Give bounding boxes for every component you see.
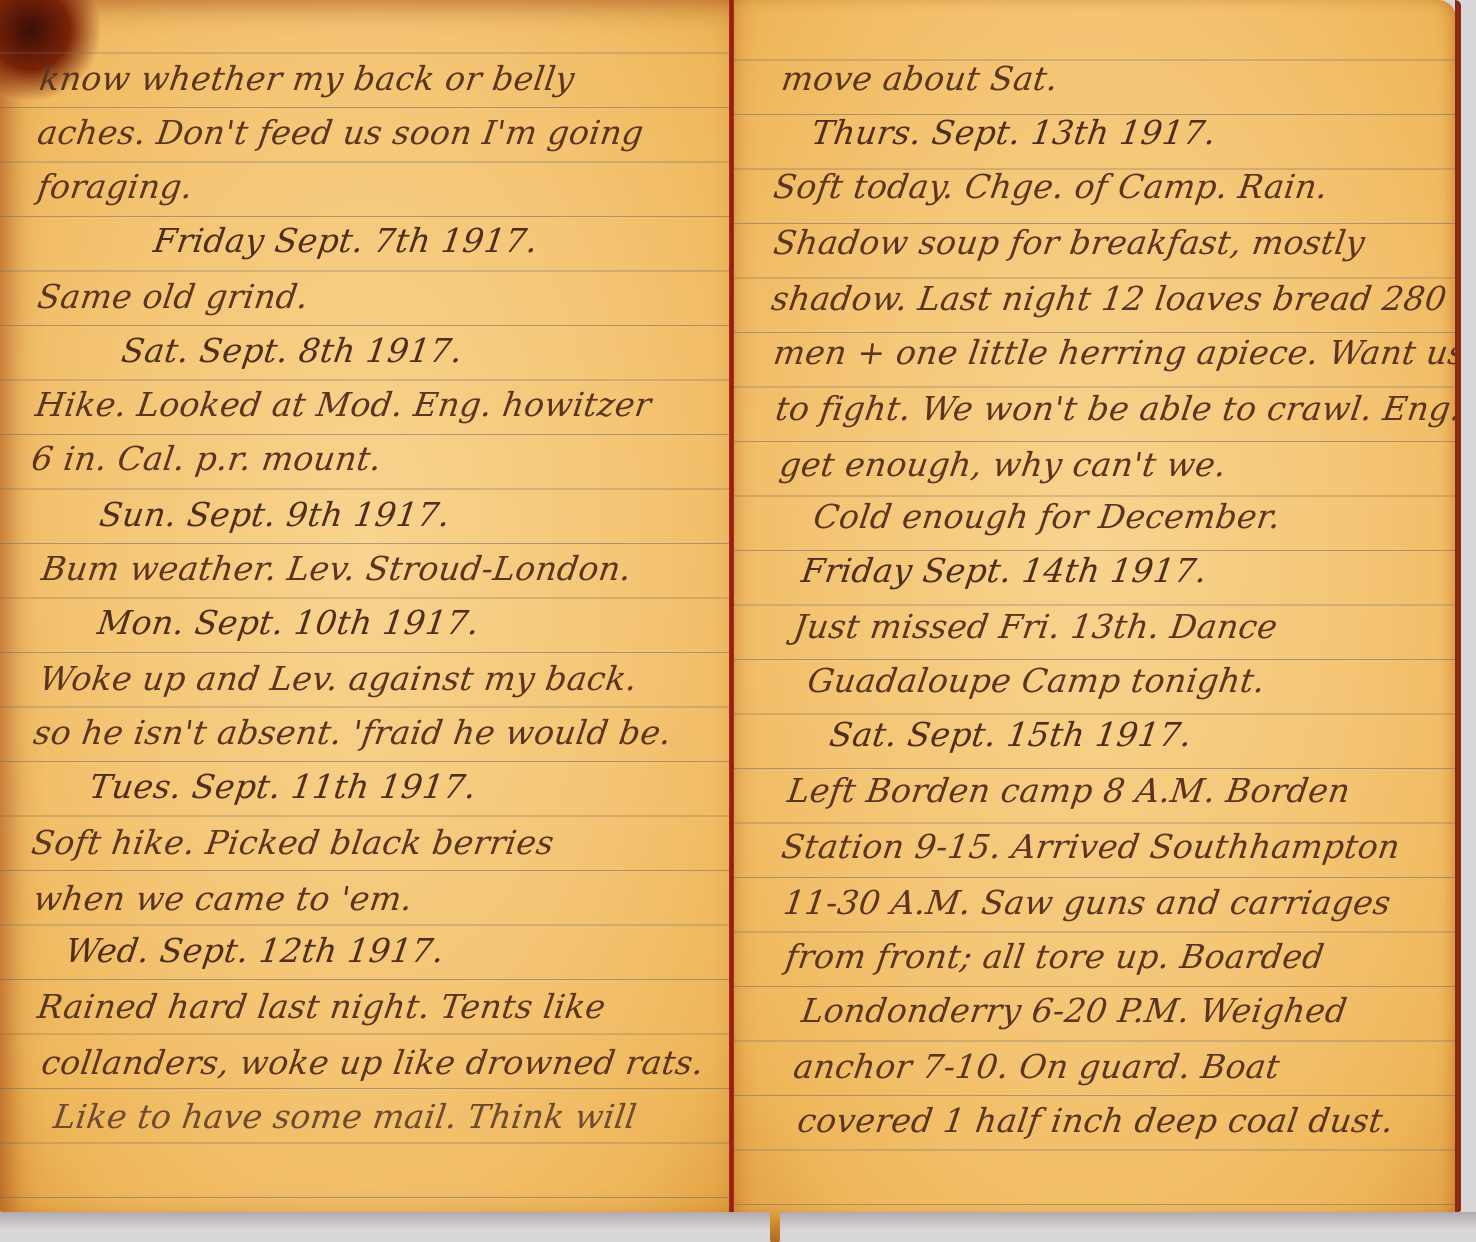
diary-spread: know whether my back or belly aches. Don… [0,0,1476,1218]
page-edge [1455,0,1461,1212]
text-line: 6 in. Cal. p.r. mount. [28,432,385,486]
scanner-background [0,1212,1476,1242]
text-line: so he isn't absent. 'fraid he would be. [30,706,675,760]
text-line: Hike. Looked at Mod. Eng. howitzer [32,378,655,432]
text-line: Soft today. Chge. of Camp. Rain. [770,160,1331,214]
entry-date: Friday Sept. 7th 1917. [150,214,541,268]
entry-date: Sat. Sept. 15th 1917. [826,708,1195,762]
text-line: when we came to 'em. [30,872,416,926]
entry-date: Sat. Sept. 8th 1917. [118,324,466,378]
text-line: Rained hard last night. Tents like [34,980,609,1034]
text-line: covered 1 half inch deep coal dust. [794,1094,1397,1148]
entry-date: Sun. Sept. 9th 1917. [96,488,454,542]
text-line: anchor 7-10. On guard. Boat [790,1040,1283,1094]
text-line: to fight. We won't be able to crawl. Eng… [772,382,1456,436]
entry-date: Thurs. Sept. 13th 1917. [808,106,1220,160]
text-line: collanders, woke up like drowned rats. [38,1036,707,1090]
text-line: Station 9-15. Arrived Southhampton [778,820,1404,874]
text-line: Just missed Fri. 13th. Dance [790,600,1281,654]
text-line: know whether my back or belly [36,52,578,106]
text-line: Soft hike. Picked black berries [28,816,558,870]
text-line: aches. Don't feed us soon I'm going [34,106,647,160]
text-line: Shadow soup for breakfast, mostly [770,216,1368,270]
text-line: Like to have some mail. Think will [50,1090,640,1144]
text-line: Cold enough for December. [810,490,1284,544]
text-line: move about Sat. [778,52,1062,106]
entry-date: Wed. Sept. 12th 1917. [62,924,448,978]
text-line: Londonderry 6-20 P.M. Weighed [798,984,1351,1038]
right-page: move about Sat. Thurs. Sept. 13th 1917. … [734,0,1456,1215]
text-line: Woke up and Lev. against my back. [36,652,641,706]
text-line: shadow. Last night 12 loaves bread 280 [768,272,1450,326]
entry-date: Friday Sept. 14th 1917. [798,544,1211,598]
bookmark-ribbon [770,1212,780,1242]
text-line: get enough, why can't we. [776,438,1230,492]
text-line: men + one little herring apiece. Want us [770,326,1456,380]
text-line: Bum weather. Lev. Stroud-London. [38,542,635,596]
left-page: know whether my back or belly aches. Don… [0,0,732,1215]
text-line: from front; all tore up. Boarded [782,930,1328,984]
text-line: Left Borden camp 8 A.M. Borden [784,764,1354,818]
text-line: Guadaloupe Camp tonight. [804,654,1269,708]
text-line: 11-30 A.M. Saw guns and carriages [780,876,1394,930]
text-line: Same old grind. [34,270,312,324]
entry-date: Mon. Sept. 10th 1917. [94,596,483,650]
text-line: foraging. [34,160,196,214]
entry-date: Tues. Sept. 11th 1917. [86,760,480,814]
